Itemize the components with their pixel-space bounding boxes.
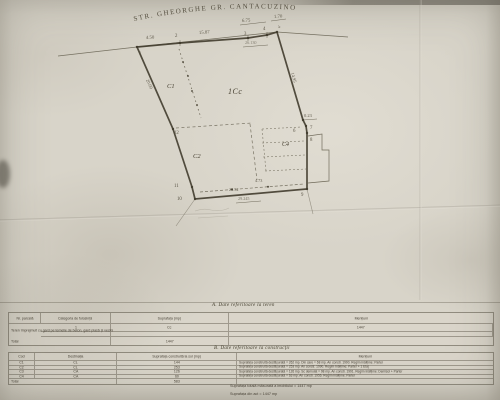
scanned-cadastral-plan: STR. GHEORGHE GR. CANTACUZINO [0,0,500,400]
paper-vignette [0,0,500,400]
